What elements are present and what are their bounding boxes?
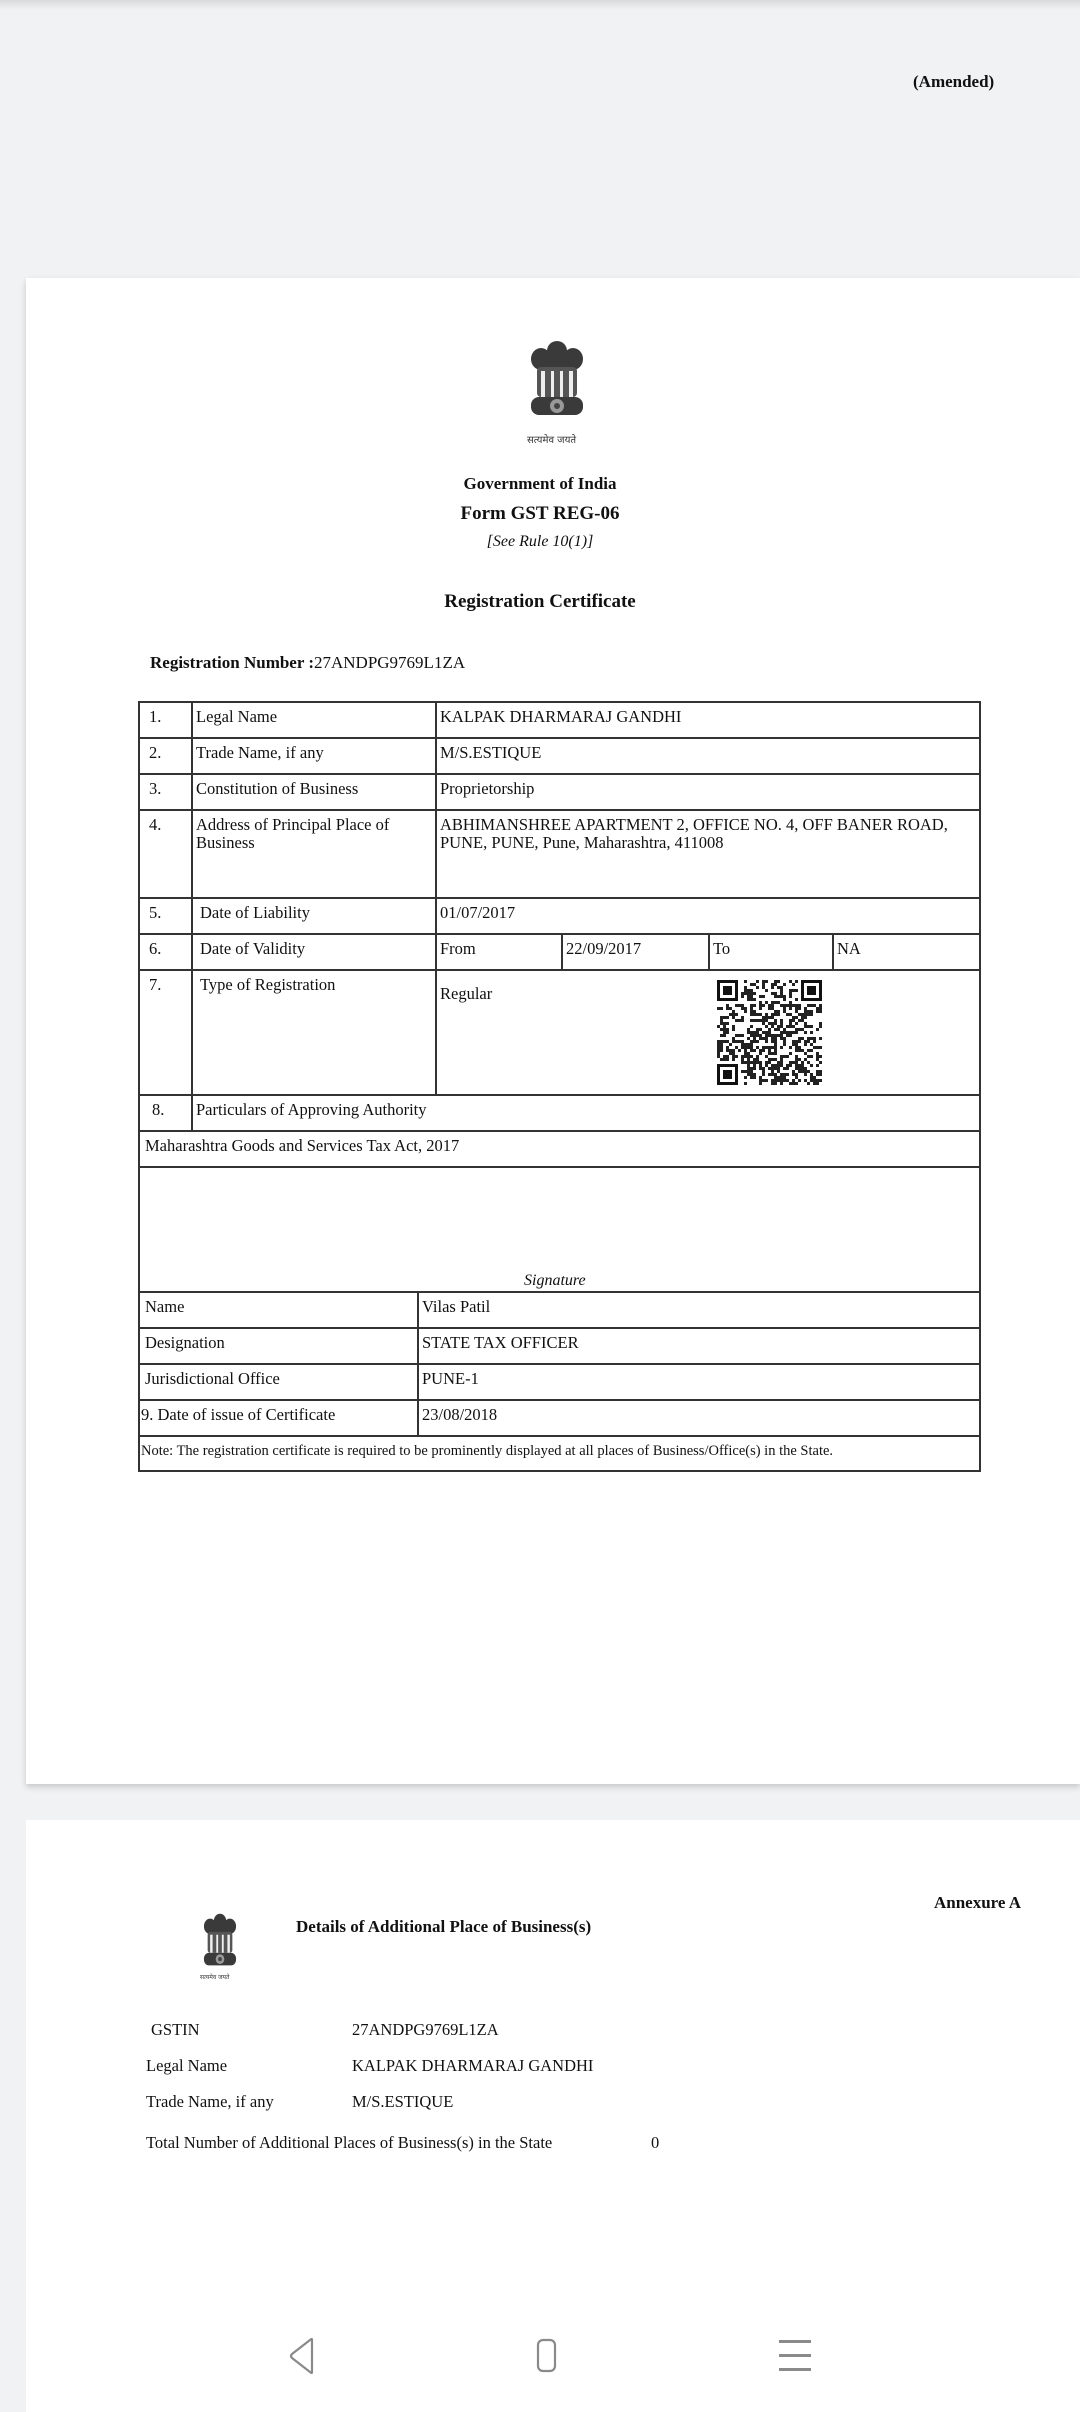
row-number: 6. bbox=[145, 935, 165, 958]
gstin-value: 27ANDPG9769L1ZA bbox=[352, 2020, 499, 2040]
certificate-title: Registration Certificate bbox=[0, 591, 1080, 613]
row-number: 3. bbox=[145, 775, 165, 798]
row-number: 7. bbox=[145, 971, 165, 994]
address-label: Address of Principal Place of Business bbox=[192, 811, 432, 852]
annex-legal-name-label: Legal Name bbox=[146, 2056, 227, 2076]
act-name: Maharashtra Goods and Services Tax Act, … bbox=[141, 1132, 463, 1155]
qr-code-icon bbox=[717, 980, 822, 1090]
constitution-value: Proprietorship bbox=[436, 775, 538, 798]
issue-date-value: 23/08/2018 bbox=[418, 1401, 501, 1424]
liability-label: Date of Liability bbox=[196, 899, 314, 922]
officer-name-label: Name bbox=[141, 1293, 188, 1316]
row-number: 8. bbox=[148, 1096, 168, 1119]
liability-value: 01/07/2017 bbox=[436, 899, 519, 922]
recents-icon bbox=[777, 2336, 813, 2376]
validity-to-label: To bbox=[709, 935, 734, 958]
gstin-label: GSTIN bbox=[151, 2020, 200, 2040]
designation-label: Designation bbox=[141, 1329, 229, 1352]
home-icon bbox=[529, 2336, 565, 2376]
national-emblem-icon bbox=[199, 1911, 241, 1971]
annexure-title: Details of Additional Place of Business(… bbox=[296, 1917, 591, 1937]
constitution-label: Constitution of Business bbox=[192, 775, 362, 798]
validity-from-label: From bbox=[436, 935, 480, 958]
approving-authority-label: Particulars of Approving Authority bbox=[192, 1096, 431, 1119]
trade-name-value: M/S.ESTIQUE bbox=[436, 739, 545, 762]
issue-date-label: 9. Date of issue of Certificate bbox=[137, 1401, 339, 1424]
registration-number-label: Registration Number : bbox=[150, 653, 314, 672]
annexure-label: Annexure A bbox=[934, 1893, 1021, 1913]
annex-trade-name-value: M/S.ESTIQUE bbox=[352, 2092, 453, 2112]
registration-type-label: Type of Registration bbox=[196, 971, 339, 994]
row-number: 1. bbox=[145, 703, 165, 726]
amended-label: (Amended) bbox=[913, 72, 994, 92]
national-emblem-icon bbox=[523, 337, 591, 423]
back-button[interactable] bbox=[270, 2330, 330, 2382]
status-shadow bbox=[0, 0, 1080, 10]
display-note: Note: The registration certificate is re… bbox=[137, 1437, 837, 1460]
rule-reference: [See Rule 10(1)] bbox=[0, 533, 1080, 551]
row-number: 5. bbox=[145, 899, 165, 922]
validity-label: Date of Validity bbox=[196, 935, 309, 958]
designation-value: STATE TAX OFFICER bbox=[418, 1329, 583, 1352]
emblem-motto: सत्यमेव जयते bbox=[527, 432, 576, 446]
validity-to-value: NA bbox=[833, 935, 865, 958]
registration-number: Registration Number :27ANDPG9769L1ZA bbox=[150, 653, 465, 673]
row-number: 4. bbox=[145, 811, 165, 834]
address-value: ABHIMANSHREE APARTMENT 2, OFFICE NO. 4, … bbox=[436, 811, 976, 852]
jurisdiction-label: Jurisdictional Office bbox=[141, 1365, 284, 1388]
system-navigation-bar bbox=[0, 2300, 1080, 2412]
registration-type-value: Regular bbox=[436, 980, 496, 1003]
jurisdiction-value: PUNE-1 bbox=[418, 1365, 483, 1388]
government-heading: Government of India bbox=[0, 474, 1080, 494]
row-number: 2. bbox=[145, 739, 165, 762]
additional-places-label: Total Number of Additional Places of Bus… bbox=[146, 2133, 552, 2153]
home-button[interactable] bbox=[517, 2330, 577, 2382]
annex-trade-name-label: Trade Name, if any bbox=[146, 2092, 274, 2112]
validity-from-value: 22/09/2017 bbox=[562, 935, 645, 958]
registration-number-value: 27ANDPG9769L1ZA bbox=[314, 653, 465, 672]
annex-legal-name-value: KALPAK DHARMARAJ GANDHI bbox=[352, 2056, 593, 2076]
legal-name-value: KALPAK DHARMARAJ GANDHI bbox=[436, 703, 685, 726]
back-icon bbox=[282, 2336, 318, 2376]
additional-places-count: 0 bbox=[651, 2133, 659, 2153]
emblem-motto: सत्यमेव जयते bbox=[200, 1973, 229, 1981]
recents-button[interactable] bbox=[765, 2330, 825, 2382]
form-title: Form GST REG-06 bbox=[0, 503, 1080, 525]
officer-name-value: Vilas Patil bbox=[418, 1293, 494, 1316]
trade-name-label: Trade Name, if any bbox=[192, 739, 328, 762]
legal-name-label: Legal Name bbox=[192, 703, 281, 726]
signature-label: Signature bbox=[520, 1267, 590, 1290]
